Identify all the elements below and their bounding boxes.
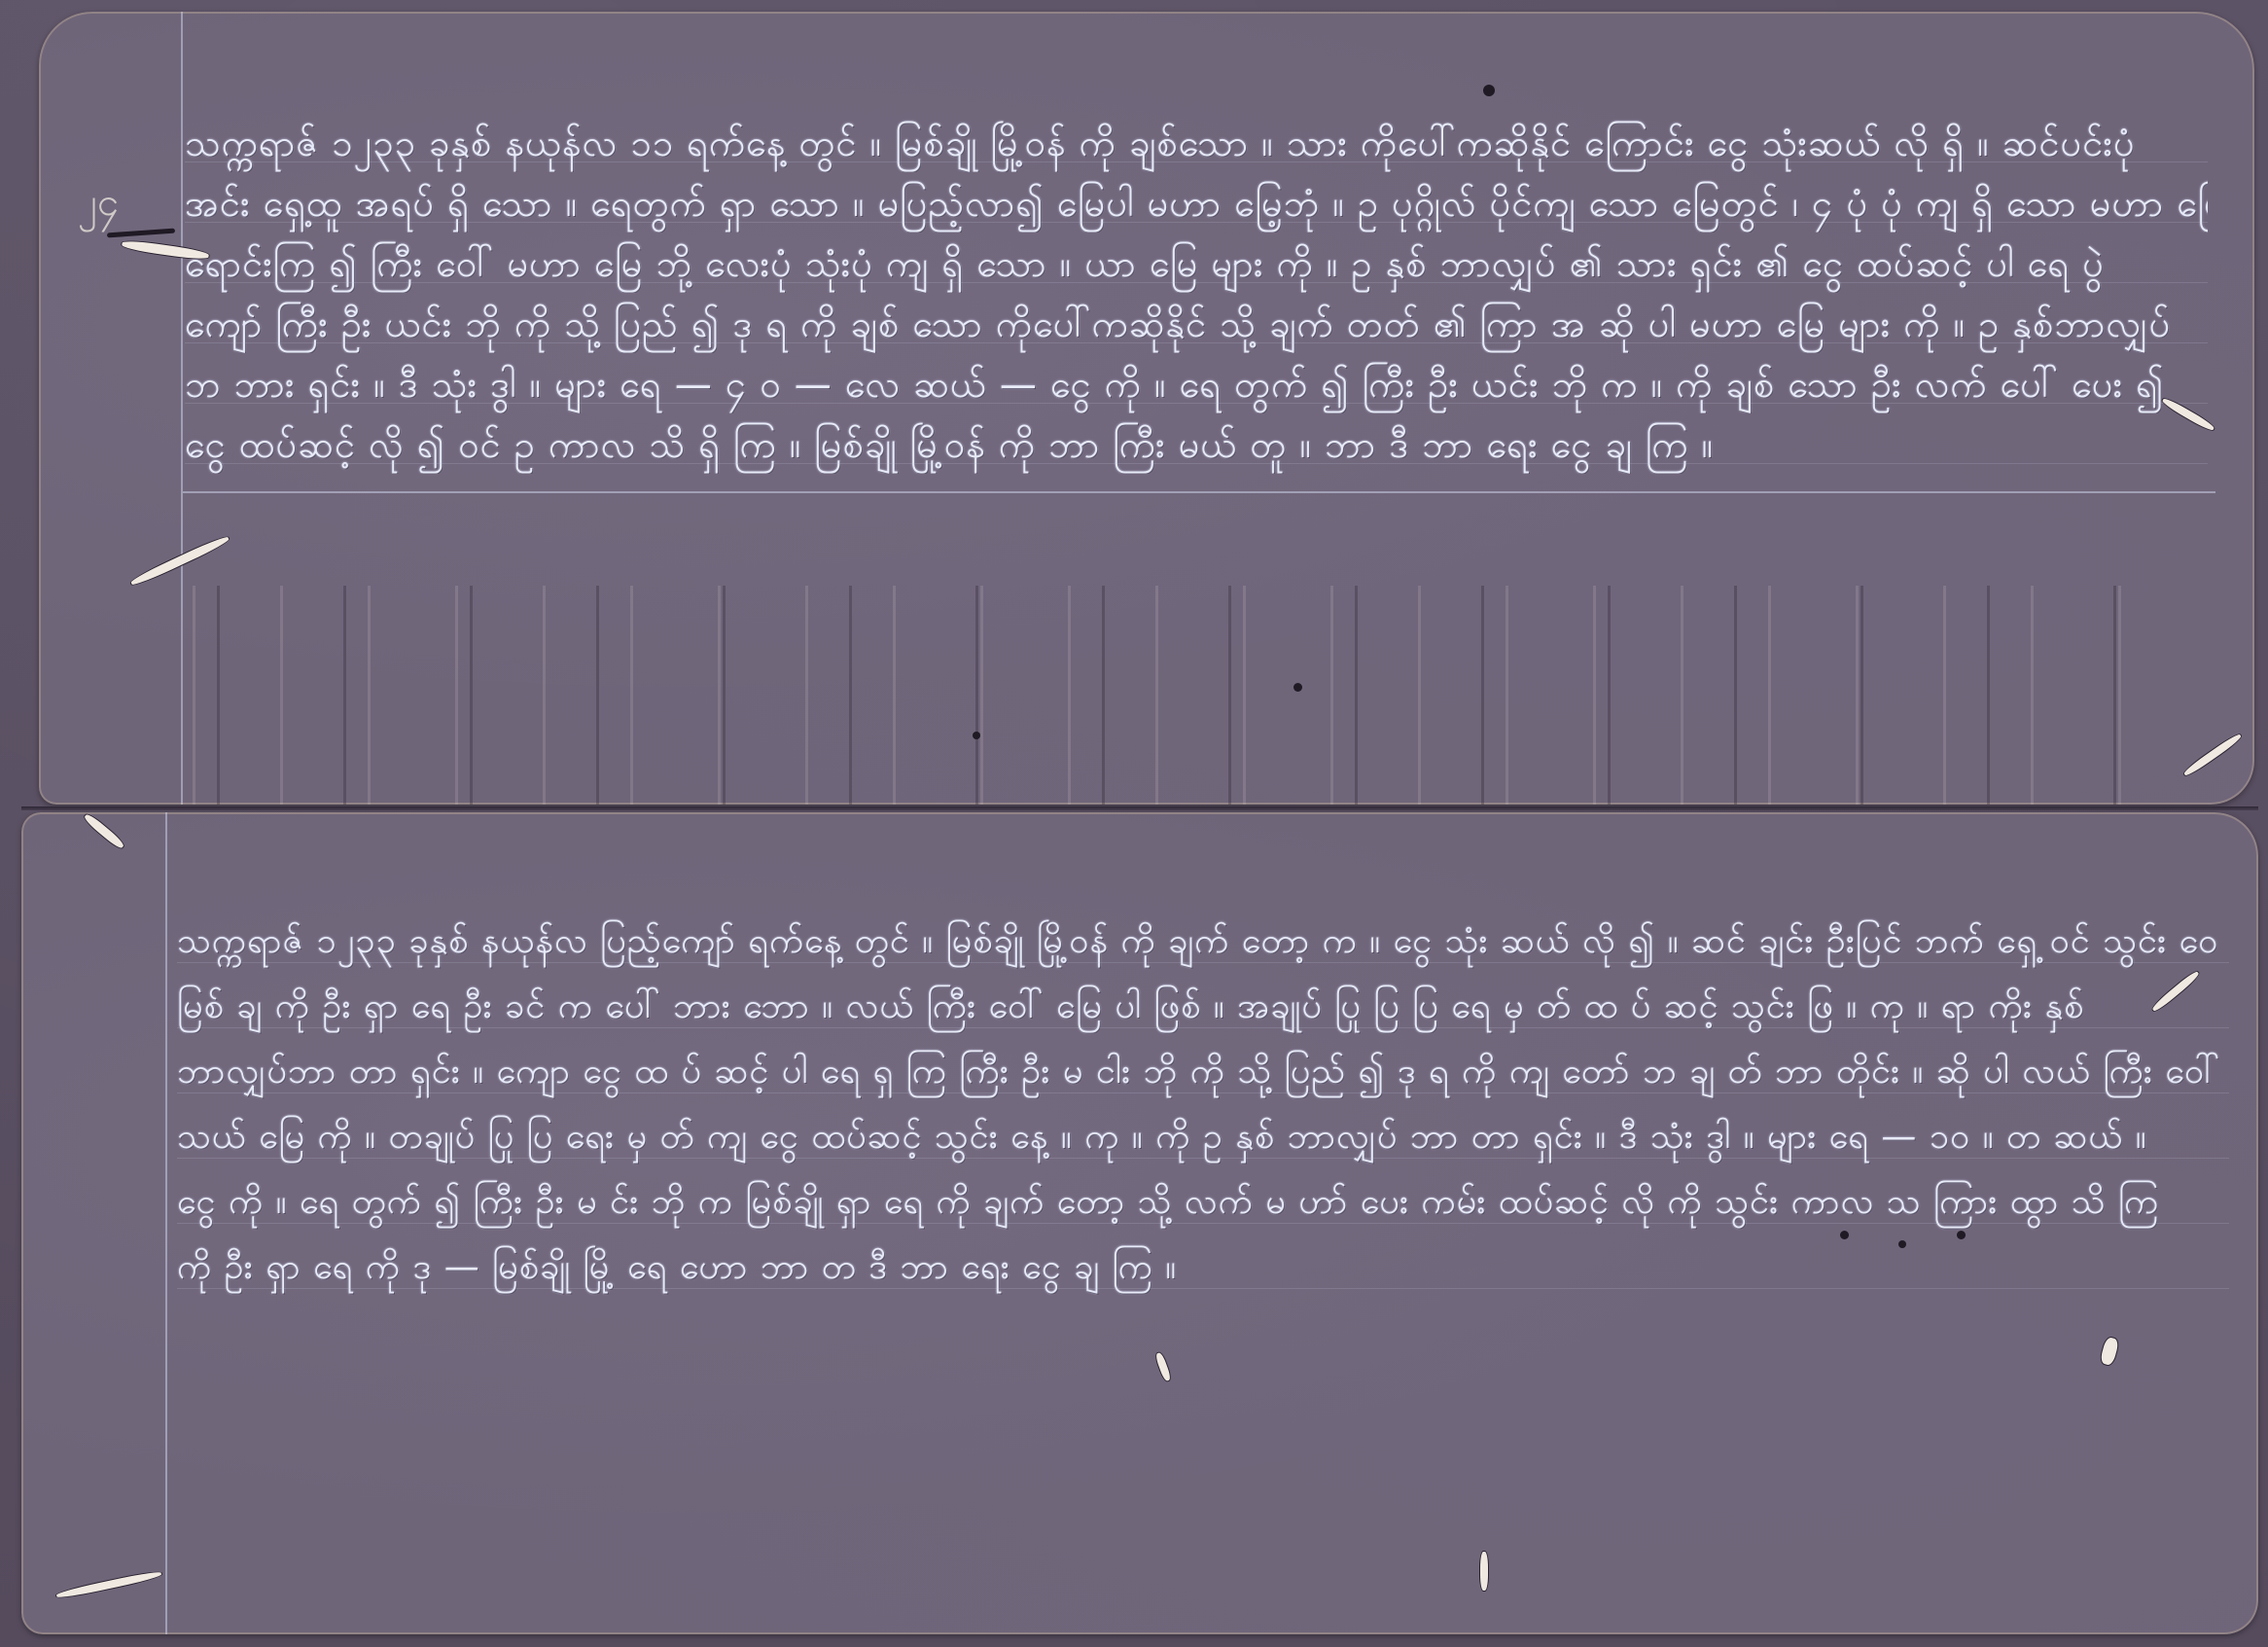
manuscript-line: ငွေ ကို ။ ရေ တွက် ၍ ကြီး ဦး မ င်း ဘို က … bbox=[177, 1170, 2229, 1234]
wormhole bbox=[1483, 85, 1495, 96]
offset-ghost-text bbox=[156, 586, 2177, 805]
paper-flake bbox=[2182, 733, 2243, 778]
wormhole bbox=[1293, 683, 1302, 692]
manuscript-line: ဘ ဘား ရှင်း ။ ဒီ သုံး ဒွါ ။ များ ရေ — ၄ … bbox=[185, 355, 2208, 413]
margin-annotation: ၂၄ bbox=[78, 177, 119, 234]
manuscript-line: မြစ် ချ ကို ဦး ရှာ ရေ ဦး ခင် က ပေါ် ဘား … bbox=[177, 975, 2229, 1038]
paper-flake bbox=[129, 534, 230, 588]
bottom-leaf-text-block: သက္ကရာဇ် ၁၂၃၃ ခုနှစ် နယုန်လ ပြည့်ကျော် ရ… bbox=[177, 910, 2229, 1301]
manuscript-line: ကို ဦး ရှာ ရေ ကို ဒု — မြစ်ချို မြို့ ရေ… bbox=[177, 1235, 2229, 1299]
manuscript-line: သက္ကရာဇ် ၁၂၃၃ ခုနှစ် နယုန်လ ပြည့်ကျော် ရ… bbox=[177, 910, 2229, 973]
paper-flake bbox=[55, 1570, 161, 1600]
manuscript-line: ကျော် ကြီး ဦး ယင်း ဘို ကို သို့ ပြည် ၍ ဒ… bbox=[185, 295, 2208, 353]
paper-flake bbox=[1154, 1352, 1172, 1382]
manuscript-leaf-bottom: သက္ကရာဇ် ၁၂၃၃ ခုနှစ် နယုန်လ ပြည့်ကျော် ရ… bbox=[21, 812, 2258, 1634]
paper-flake bbox=[1480, 1552, 1488, 1591]
manuscript-line: အင်း ရှေ့ထူ အရပ် ရှိ သော ။ ရေတွက် ရှာ သေ… bbox=[185, 174, 2208, 233]
left-margin-rule bbox=[165, 812, 167, 1634]
section-divider-rule bbox=[183, 491, 2215, 493]
wormhole bbox=[1957, 1231, 1966, 1239]
manuscript-line: ဘာလျှပ်ဘာ တာ ရှင်း ။ ကျော ငွေ ထ ပ် ဆင့် … bbox=[177, 1040, 2229, 1103]
manuscript-line: ရောင်းကြ ၍ ကြီး ဝေါ် မဟာ မြေ ဘို့ လေးပုံ… bbox=[185, 234, 2208, 293]
wormhole bbox=[1898, 1240, 1906, 1248]
manuscript-line: သက္ကရာဇ် ၁၂၃၃ ခုနှစ် နယုန်လ ၁၁ ရက်နေ့ တွ… bbox=[185, 114, 2208, 172]
manuscript-line: ငွေ ထပ်ဆင့် လို ၍ ဝင် ဥ ကာလ သိ ရှိ ကြ ။ … bbox=[185, 415, 2208, 474]
wormhole bbox=[973, 732, 980, 739]
top-leaf-text-block: သက္ကရာဇ် ၁၂၃၃ ခုနှစ် နယုန်လ ၁၁ ရက်နေ့ တွ… bbox=[185, 114, 2208, 476]
paper-flake bbox=[2100, 1337, 2120, 1367]
manuscript-line: သယ် မြေ ကို ။ တချုပ် ပြု ပြ ရေး မှ တ် ကျ… bbox=[177, 1105, 2229, 1168]
wormhole bbox=[1840, 1231, 1849, 1239]
paper-flake bbox=[83, 812, 125, 850]
manuscript-leaf-top: ၂၄ သက္ကရာဇ် ၁၂၃၃ ခုနှစ် နယုန်လ ၁၁ ရက်နေ့… bbox=[39, 12, 2254, 805]
fold-crease bbox=[21, 806, 2258, 810]
